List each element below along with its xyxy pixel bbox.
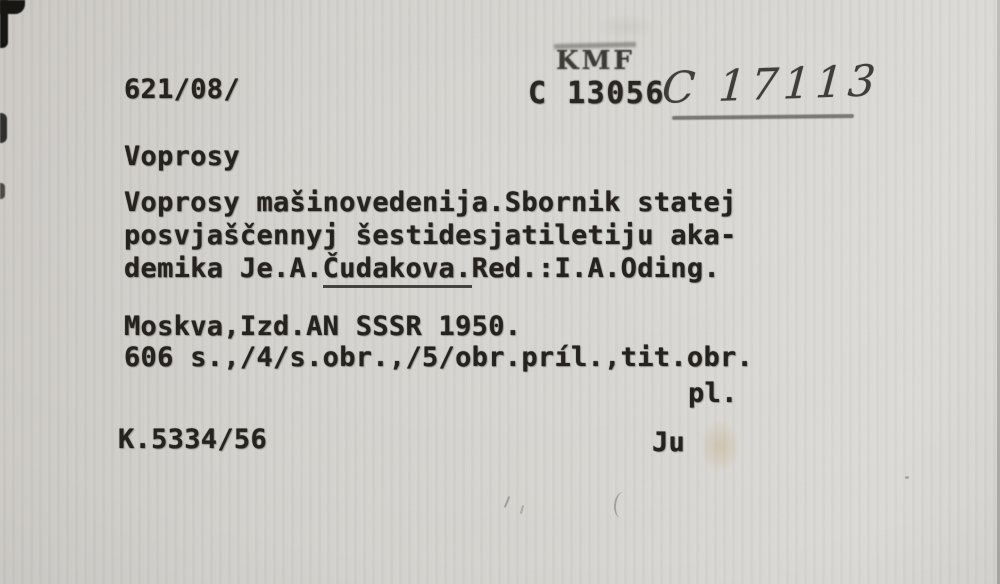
pencil-smudge [504,496,510,508]
shelf-number-stamp: C 13056 [528,76,665,111]
title-line-3-post: Red.:I.A.Oding. [472,253,720,284]
collation-continuation: pl. [688,378,738,409]
catalog-card-scan: 621/08/ KMF C 13056 C 17113 Voprosy Vopr… [0,0,1000,584]
entry-heading: Voprosy [124,141,240,172]
faint-stain [596,14,656,40]
title-line-1: Voprosy mašinovedenija.Sbornik statej [124,187,737,218]
collation-line: 606 s.,/4/s.obr.,/5/obr.príl.,tit.obr. [124,342,753,373]
imprint-line: Moskva,Izd.AN SSSR 1950. [124,311,521,342]
handwritten-accession-number: C 17113 [660,56,882,114]
underlined-author-name: Čudakova. [323,253,472,288]
faint-stain [700,420,740,472]
title-line-2: posvjaščennyj šestidesjatiletiju aka- [124,220,737,251]
record-number: K.5334/56 [118,424,267,455]
card-edge-artifact [0,183,5,199]
pencil-smudge [613,491,631,518]
handwritten-underline [672,114,854,120]
card-edge-artifact [0,113,7,143]
pencil-smudge [520,505,524,514]
kmf-stamp: KMF [556,46,635,76]
pencil-smudge [905,476,909,479]
card-edge-artifact [0,0,8,48]
call-number: 621/08/ [124,74,240,105]
cataloger-mark: Ju [652,427,685,458]
title-line-3-pre: demika Je.A. [124,253,323,284]
title-line-3: demika Je.A.Čudakova.Red.:I.A.Oding. [124,253,720,284]
